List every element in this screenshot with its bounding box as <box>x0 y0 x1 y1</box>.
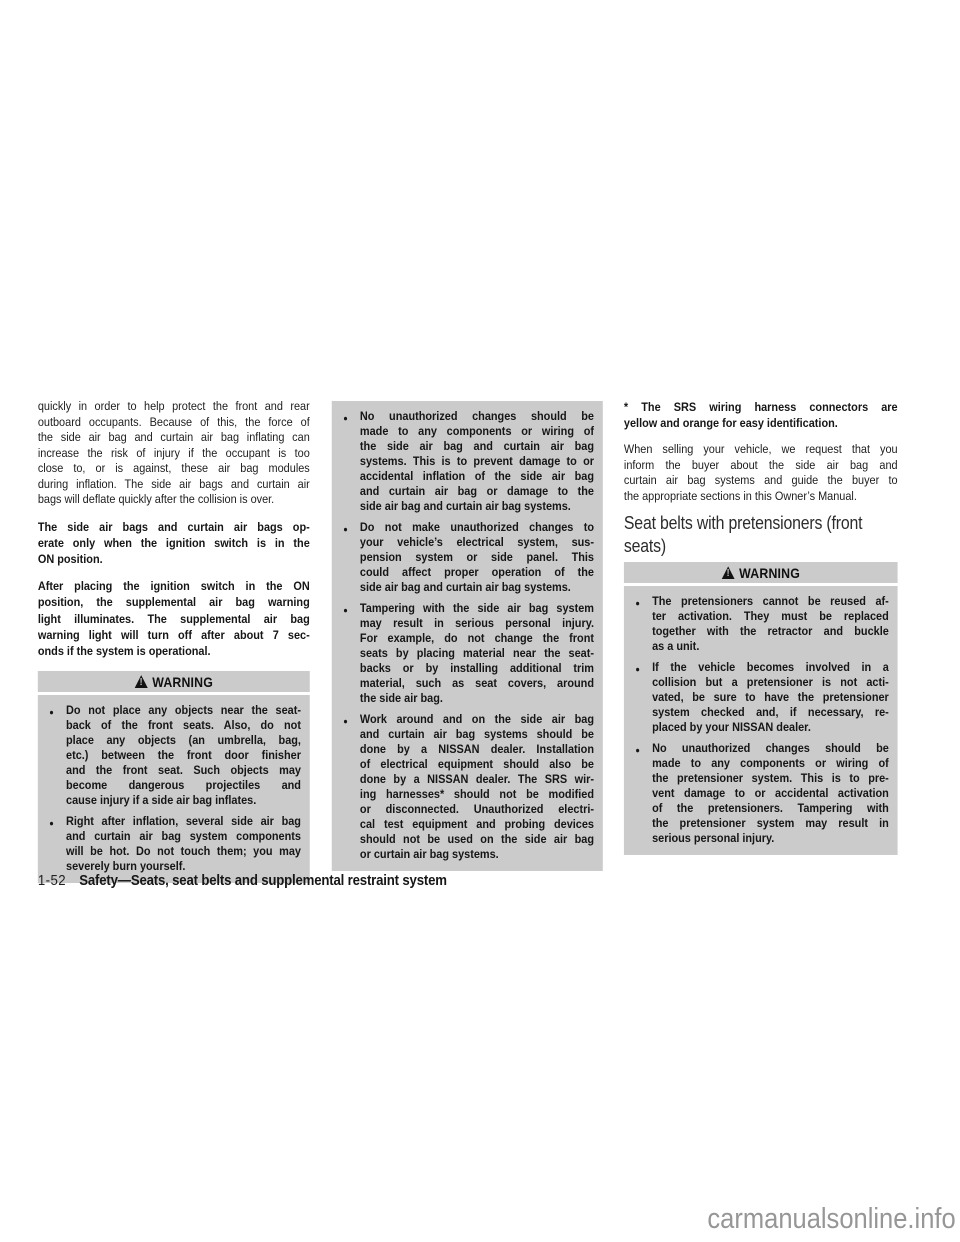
text-line: * The SRS wiring harness connectors are <box>624 399 898 415</box>
warning-box-side-airbags: WARNING Do not place any objects near th… <box>38 671 310 883</box>
text-line: placed by your NISSAN dealer. <box>652 720 889 735</box>
text-line: The pretensioners cannot be reused af- <box>652 594 889 609</box>
text-line: seats by placing material near the seat- <box>360 646 594 661</box>
page-footer: 1-52Safety—Seats, seat belts and supplem… <box>38 872 447 889</box>
text-line: seats) <box>624 535 898 558</box>
text-line: your vehicle’s electrical system, sus- <box>360 535 594 550</box>
text-line: No unauthorized changes should be <box>652 741 889 756</box>
text-line: vated, be sure to have the pretensioner <box>652 690 889 705</box>
text-line: and curtain air bag system components <box>66 829 301 844</box>
text-line: cal test equipment and probing devices <box>360 817 594 832</box>
text-line: After placing the ignition switch in the… <box>38 578 310 594</box>
text-line: For example, do not change the front <box>360 631 594 646</box>
text-line: of electrical equipment should also be <box>360 757 594 772</box>
text-line: as a unit. <box>652 639 889 654</box>
warning-bullet: No unauthorized changes should bemade to… <box>341 409 594 514</box>
text-line: system checked and, if necessary, re- <box>652 705 889 720</box>
footer-section-title: Safety—Seats, seat belts and supplementa… <box>79 872 447 889</box>
text-line: pension system or side panel. This <box>360 550 594 565</box>
text-line: ON position. <box>38 551 310 567</box>
warning-bullet: The pretensioners cannot be reused af-te… <box>633 594 889 654</box>
text-line: will be hot. Do not touch them; you may <box>66 844 301 859</box>
text-line: the side air bag and curtain air bag <box>360 439 594 454</box>
warning-bullet: Do not make unauthorized changes toyour … <box>341 520 594 595</box>
warning-icon <box>722 566 735 579</box>
text-line: of the pretensioners. Tampering with <box>652 801 889 816</box>
text-line: the side air bag. <box>360 691 594 706</box>
text-line: become dangerous projectiles and <box>66 778 301 793</box>
text-line: curtain air bag systems and guide the bu… <box>624 473 898 489</box>
text-line: If the vehicle becomes involved in a <box>652 660 889 675</box>
text-line: ing harnesses* should not be modified <box>360 787 594 802</box>
text-line: Work around and on the side air bag <box>360 712 594 727</box>
text-line: the pretensioner system. This is to pre- <box>652 771 889 786</box>
text-line: close to, or is against, these air bag m… <box>38 461 310 477</box>
text-line: made to any components or wiring of <box>652 756 889 771</box>
section-heading-pretensioners: Seat belts with pretensioners (frontseat… <box>624 512 898 558</box>
text-line: side air bag and curtain air bag systems… <box>360 580 594 595</box>
warning-bullet: Tampering with the side air bag systemma… <box>341 601 594 706</box>
text-line: increase the risk of injury if the occup… <box>38 446 310 462</box>
text-line: Tampering with the side air bag system <box>360 601 594 616</box>
paragraph-ignition-on: The side air bags and curtain air bags o… <box>38 519 310 568</box>
text-line: or disconnected. Unauthorized electri- <box>360 802 594 817</box>
text-line: yellow and orange for easy identificatio… <box>624 415 898 431</box>
text-line: may result in serious personal injury. <box>360 616 594 631</box>
text-line: etc.) between the front door finisher <box>66 748 301 763</box>
warning-bullet: Right after inflation, several side air … <box>47 814 301 874</box>
text-line: and curtain air bag or damage to the <box>360 484 594 499</box>
text-line: outboard occupants. Because of this, the… <box>38 415 310 431</box>
srs-harness-footnote: * The SRS wiring harness connectors arey… <box>624 399 898 431</box>
paragraph-airbag-deflate: quickly in order to help protect the fro… <box>38 399 310 508</box>
text-line: the pretensioner system may result in <box>652 816 889 831</box>
text-line: should not be used on the side air bag <box>360 832 594 847</box>
warning-body: The pretensioners cannot be reused af-te… <box>624 586 898 855</box>
warning-header: WARNING <box>38 671 310 692</box>
text-line: The side air bags and curtain air bags o… <box>38 519 310 535</box>
text-line: place any objects (an umbrella, bag, <box>66 733 301 748</box>
text-line: material, such as seat covers, around <box>360 676 594 691</box>
text-line: Do not make unauthorized changes to <box>360 520 594 535</box>
warning-box-pretensioners: WARNING The pretensioners cannot be reus… <box>624 562 898 855</box>
watermark-text: carmanualsonline.info <box>707 1203 955 1236</box>
text-line: backs or by installing additional trim <box>360 661 594 676</box>
page-number: 1-52 <box>38 872 66 889</box>
text-line: and curtain air bag systems should be <box>360 727 594 742</box>
text-line: back of the front seats. Also, do not <box>66 718 301 733</box>
warning-label: WARNING <box>152 674 213 690</box>
text-line: made to any components or wiring of <box>360 424 594 439</box>
page-canvas: quickly in order to help protect the fro… <box>0 0 960 1242</box>
text-line: done by a NISSAN dealer. The SRS wir- <box>360 772 594 787</box>
text-line: together with the retractor and buckle <box>652 624 889 639</box>
text-line: ter activation. They must be replaced <box>652 609 889 624</box>
text-line: cause injury if a side air bag inflates. <box>66 793 301 808</box>
text-line: during inflation. The side air bags and … <box>38 477 310 493</box>
text-line: or curtain air bag systems. <box>360 847 594 862</box>
column-right: * The SRS wiring harness connectors arey… <box>624 399 898 855</box>
warning-body: Do not place any objects near the seat-b… <box>38 695 310 883</box>
text-line: accidental inflation of the side air bag <box>360 469 594 484</box>
text-line: collision but a pretensioner is not acti… <box>652 675 889 690</box>
text-line: inform the buyer about the side air bag … <box>624 458 898 474</box>
warning-bullet: Work around and on the side air bagand c… <box>341 712 594 862</box>
text-line: side air bag and curtain air bag systems… <box>360 499 594 514</box>
text-line: the side air bag and curtain air bag inf… <box>38 430 310 446</box>
paragraph-warning-light: After placing the ignition switch in the… <box>38 578 310 659</box>
warning-body-continued: No unauthorized changes should bemade to… <box>332 401 603 871</box>
text-line: warning light will turn off after about … <box>38 627 310 643</box>
warning-bullet: If the vehicle becomes involved in acoll… <box>633 660 889 735</box>
text-line: quickly in order to help protect the fro… <box>38 399 310 415</box>
text-line: could affect proper operation of the <box>360 565 594 580</box>
text-line: done by a NISSAN dealer. Installation <box>360 742 594 757</box>
text-line: No unauthorized changes should be <box>360 409 594 424</box>
text-line: Seat belts with pretensioners (front <box>624 512 898 535</box>
warning-bullet: No unauthorized changes should bemade to… <box>633 741 889 846</box>
text-line: the appropriate sections in this Owner’s… <box>624 489 898 505</box>
warning-bullet: Do not place any objects near the seat-b… <box>47 703 301 808</box>
text-line: bags will deflate quickly after the coll… <box>38 492 310 508</box>
warning-icon <box>135 675 148 688</box>
warning-label: WARNING <box>739 565 800 581</box>
text-line: position, the supplemental air bag warni… <box>38 594 310 610</box>
warning-header: WARNING <box>624 562 898 583</box>
text-line: erate only when the ignition switch is i… <box>38 535 310 551</box>
text-line: serious personal injury. <box>652 831 889 846</box>
text-line: When selling your vehicle, we request th… <box>624 442 898 458</box>
text-line: light illuminates. The supplemental air … <box>38 611 310 627</box>
text-line: vent damage to or accidental activation <box>652 786 889 801</box>
text-line: systems. This is to prevent damage to or <box>360 454 594 469</box>
paragraph-selling-vehicle: When selling your vehicle, we request th… <box>624 442 898 504</box>
text-line: Right after inflation, several side air … <box>66 814 301 829</box>
text-line: and the front seat. Such objects may <box>66 763 301 778</box>
column-middle: No unauthorized changes should bemade to… <box>332 401 603 871</box>
text-line: Do not place any objects near the seat- <box>66 703 301 718</box>
column-left: quickly in order to help protect the fro… <box>38 399 310 883</box>
text-line: onds if the system is operational. <box>38 643 310 659</box>
